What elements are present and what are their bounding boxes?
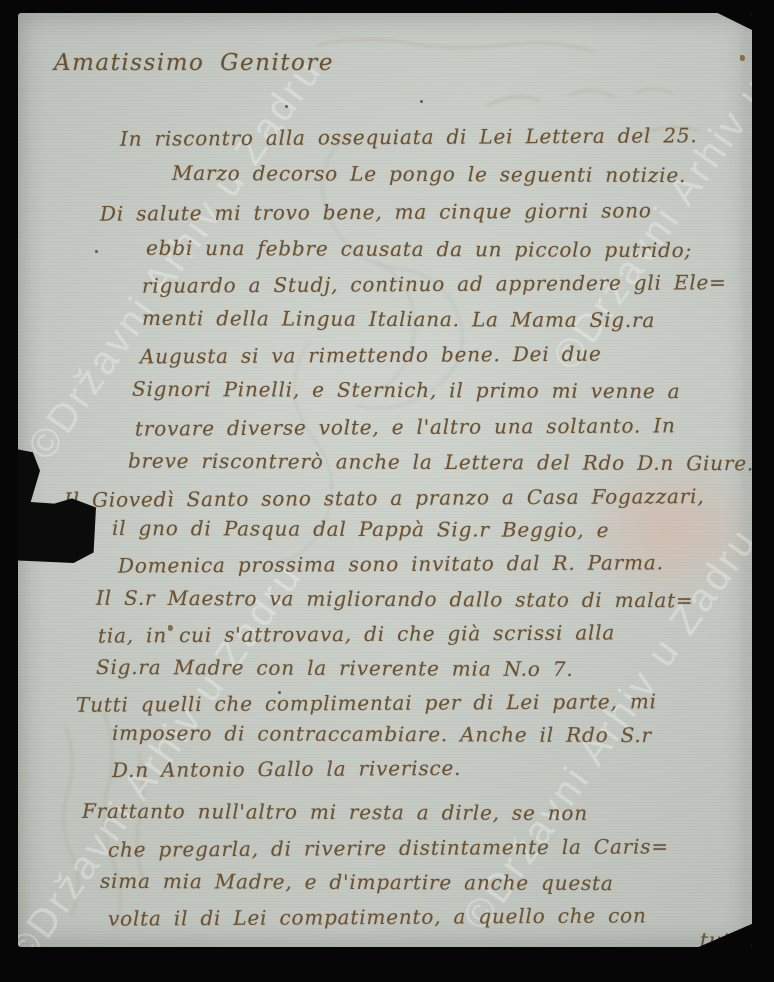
letter-line: ebbi una febbre causata da un piccolo pu… — [146, 236, 692, 262]
letter-line: trovare diverse volte, e l'altro una sol… — [135, 413, 676, 440]
letter-line: riguardo a Studj, continuo ad apprendere… — [142, 270, 727, 298]
letter-line: Tutti quelli che complimentai per di Lei… — [76, 689, 657, 717]
letter-line: In riscontro alla ossequiata di Lei Lett… — [120, 123, 698, 151]
paper-speck — [285, 105, 288, 108]
letter-line: Domenica prossima sono invitato dal R. P… — [118, 550, 664, 577]
letter-line: breve riscontrerò anche la Lettera del R… — [128, 449, 752, 476]
paper-speck — [278, 691, 281, 694]
letter-line: volta il di Lei compatimento, a quello c… — [108, 903, 647, 930]
letter-line: tia, in cui s'attrovava, di che già scri… — [98, 620, 615, 647]
letter-line: sima mia Madre, e d'impartire anche ques… — [100, 869, 614, 895]
letter-line: Sig.ra Madre con la riverente mia N.o 7. — [96, 655, 574, 681]
tape-patch — [18, 497, 96, 563]
letter-line: imposero di contraccambiare. Anche il Rd… — [112, 721, 652, 747]
paper-speck — [420, 100, 423, 103]
paper-speck — [740, 55, 745, 61]
letter-salutation: Amatissimo Genitore — [54, 50, 334, 76]
letter-line: Di salute mi trovo bene, ma cinque giorn… — [100, 198, 652, 225]
letter-paper: ©Državni Arhiv u Zadru ©Državni Arhiv u … — [18, 13, 752, 947]
letter-line: Il S.r Maestro va migliorando dallo stat… — [96, 586, 694, 613]
letter-line: Frattanto null'altro mi resta a dirle, s… — [82, 799, 588, 825]
letter-line: Il Giovedì Santo sono stato a pranzo a C… — [64, 484, 705, 512]
scan-background: ©Državni Arhiv u Zadru ©Državni Arhiv u … — [0, 0, 774, 982]
paper-speck — [95, 250, 98, 253]
letter-line: menti della Lingua Italiana. La Mama Sig… — [142, 306, 655, 332]
letter-line: Signori Pinelli, e Sternich, il primo mi… — [132, 377, 681, 403]
letter-line: Marzo decorso Le pongo le seguenti notiz… — [172, 161, 686, 187]
paper-speck — [168, 625, 173, 631]
letter-line: D.n Antonio Gallo la riverisce. — [112, 756, 461, 782]
letter-line: il gno di Pasqua dal Pappà Sig.r Beggio,… — [112, 516, 609, 542]
letter-line: Augusta si va rimettendo bene. Dei due — [140, 342, 602, 369]
letter-line: che pregarla, di riverire distintamente … — [108, 834, 669, 861]
